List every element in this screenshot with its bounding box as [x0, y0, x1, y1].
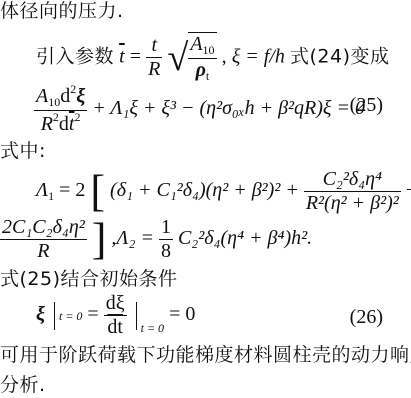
- second-derivative-fraction: A10d2ξ R2dt2: [34, 83, 87, 136]
- xi-definition: ξ = f/h: [232, 45, 285, 67]
- equation-25-rest: + Λ₁ξ + ξ³ − (η²σ₀ₓh + β²qR)ξ = 0: [92, 97, 365, 119]
- equals-sign: =: [130, 45, 141, 67]
- where-label: 式中:: [0, 136, 46, 163]
- evaluation-bar-icon: [54, 302, 55, 330]
- left-bracket-icon: [: [90, 167, 105, 216]
- lambda1-cont-fraction: 2C₁C₂δ₄η² R: [0, 216, 87, 263]
- sqrt-radical-icon: √: [167, 37, 188, 79]
- evaluation-bar-icon: [136, 302, 137, 330]
- lambda1-fraction: C₂²δ₄η⁴ R²(η² + β²)²: [304, 168, 401, 215]
- conclusion-line-2: 分析.: [0, 370, 46, 397]
- t-bar-symbol: t: [119, 45, 125, 67]
- intro-suffix: 式(24)变成: [290, 45, 390, 67]
- equation-26: ξ t = 0 = dξ dt t = 0 = 0: [36, 292, 195, 339]
- sqrt-expression: √ A10 ρt: [167, 32, 216, 84]
- intro-prefix: 引入参数: [36, 45, 114, 67]
- lambda2-definition: 2C₁C₂δ₄η² R ] ,Λ₂ = 1 8 C₂²δ₄(η⁴ + β⁴)h²…: [0, 216, 312, 263]
- equation-number-25: (25): [350, 94, 383, 117]
- dxi-dt-fraction: dξ dt: [104, 292, 127, 339]
- right-bracket-icon: ]: [92, 215, 107, 264]
- equation-number-26: (26): [350, 306, 383, 329]
- t-over-R-fraction: t R: [146, 34, 162, 81]
- conclusion-line-1: 可用于阶跃荷载下功能梯度材料圆柱壳的动力响应: [0, 340, 411, 367]
- equation-25: A10d2ξ R2dt2 + Λ₁ξ + ξ³ − (η²σ₀ₓh + β²qR…: [34, 83, 365, 136]
- paragraph-line: 体径向的压力.: [0, 0, 124, 23]
- one-eighth-fraction: 1 8: [159, 216, 173, 263]
- parameter-definition: 引入参数 t = t R √ A10 ρt , ξ = f/h 式(24)变成: [36, 32, 390, 84]
- initial-condition-intro: 式(25)结合初始条件: [0, 264, 178, 291]
- A10-over-rho-fraction: A10 ρt: [188, 33, 216, 84]
- lambda1-definition: Λ1 = 2 [ (δ₁ + C₁²δ₄)(η² + β²)² + C₂²δ₄η…: [36, 168, 411, 215]
